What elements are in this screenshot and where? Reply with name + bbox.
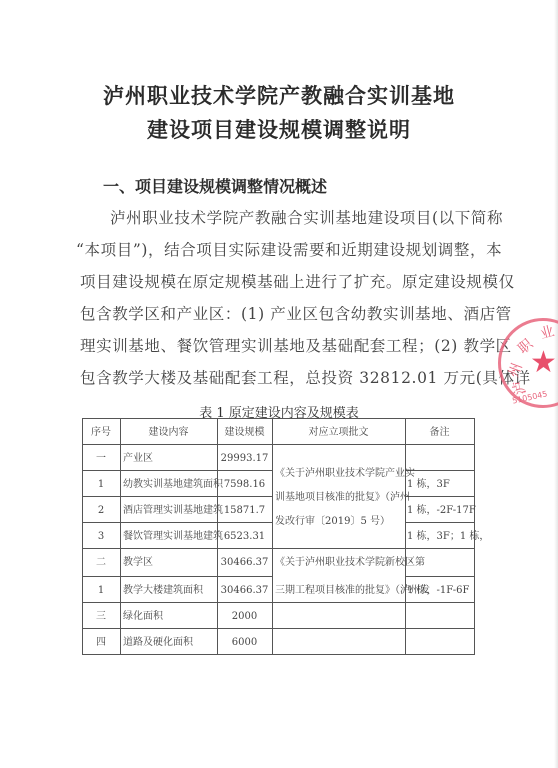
table-cell-content: 绿化面积 [123, 612, 163, 622]
table-cell-scale: 6523.31 [217, 532, 272, 542]
table-cell-scale: 15871.7 [217, 506, 272, 516]
table-header-no: 序号 [82, 428, 120, 438]
table-cell-content: 教学区 [123, 558, 153, 568]
table-cell-no: 二 [82, 558, 120, 568]
table-header-content: 建设内容 [120, 428, 217, 438]
table-cell-note: 1 栋，3F；1 栋， [407, 532, 489, 542]
table-cell-scale: 30466.37 [217, 586, 272, 596]
approval-text-line: 训基地项目核准的批复》（泸州 [275, 493, 410, 503]
table-header-approval: 对应立项批文 [272, 428, 405, 438]
paragraph-line: 包含教学区和产业区：(1) 产业区包含幼教实训基地、酒店管 [80, 302, 480, 324]
document-title-line-1: 泸州职业技术学院产教融合实训基地 [0, 80, 558, 110]
table-cell-content: 幼教实训基地建筑面积 [123, 480, 223, 490]
paragraph-line: 包含教学大楼及基础配套工程，总投资 32812.01 万元(具体详 [80, 366, 480, 388]
approval-text-line: 《关于泸州职业技术学院产业实 [275, 469, 415, 479]
construction-scale-table: 序号 建设内容 建设规模 对应立项批文 备注 一 产业区 29993.17 1 … [82, 418, 474, 654]
table-cell-content: 酒店管理实训基地建筑 [123, 506, 223, 516]
section-heading: 一、项目建设规模调整情况概述 [103, 174, 327, 197]
table-cell-content: 道路及硬化面积 [123, 638, 193, 648]
paragraph-line: “本项目”)，结合项目实际建设需要和近期建设规划调整，本 [76, 238, 476, 260]
table-cell-scale: 7598.16 [217, 480, 272, 490]
table-cell-scale: 6000 [217, 638, 272, 648]
table-cell-content: 教学大楼建筑面积 [123, 586, 203, 596]
table-cell-scale: 29993.17 [217, 454, 272, 464]
table-cell-content: 餐饮管理实训基地建筑 [123, 532, 223, 542]
approval-text-line: 发改行审〔2019〕5 号） [275, 517, 390, 527]
table-cell-no: 1 [82, 480, 120, 490]
approval-text-line: 三期工程项目核准的批复》（泸州发 [275, 586, 430, 596]
table-cell-scale: 30466.37 [217, 558, 272, 568]
table-cell-no: 3 [82, 532, 120, 542]
paragraph-line: 理实训基地、餐饮管理实训基地及基础配套工程；(2) 教学区 [80, 334, 480, 356]
table-cell-no: 四 [82, 638, 120, 648]
table-cell-scale: 2000 [217, 612, 272, 622]
paragraph-line: 泸州职业技术学院产教融合实训基地建设项目(以下简称 [110, 206, 510, 228]
table-cell-no: 三 [82, 612, 120, 622]
document-title-line-2: 建设项目建设规模调整说明 [0, 114, 558, 144]
table-cell-note: 1 栋，-2F-17F [407, 506, 476, 516]
table-header-scale: 建设规模 [217, 428, 272, 438]
seal-star-icon: ★ [530, 348, 557, 378]
table-cell-no: 一 [82, 454, 120, 464]
table-cell-no: 1 [82, 586, 120, 596]
table-cell-note: 1 栋，3F [407, 480, 450, 490]
paragraph-line: 项目建设规模在原定规模基础上进行了扩充。原定建设规模仅 [80, 270, 480, 292]
table-cell-content: 产业区 [123, 454, 153, 464]
table-cell-no: 2 [82, 506, 120, 516]
approval-text-line: 《关于泸州职业技术学院新校区第 [275, 558, 425, 568]
table-header-note: 备注 [405, 428, 474, 438]
